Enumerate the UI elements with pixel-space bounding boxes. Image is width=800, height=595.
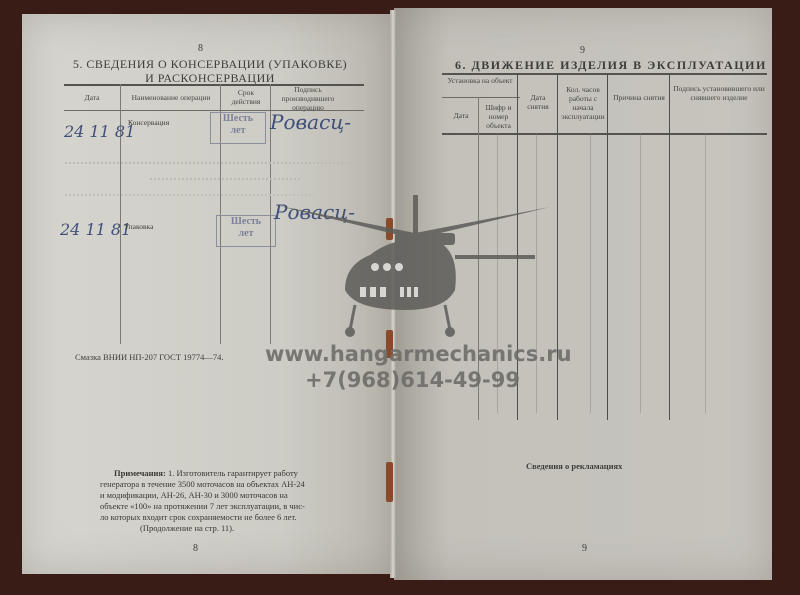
- left-page-number-top: 8: [198, 43, 203, 54]
- header-operation: Наименование операции: [122, 93, 220, 102]
- notes-block: Примечания: 1. Изготовитель гарантирует …: [100, 468, 350, 534]
- stamp-term: Шесть лет: [216, 215, 276, 247]
- bleed-through-text: [65, 162, 355, 169]
- helicopter-icon: [275, 195, 555, 340]
- table-top-border: [442, 73, 767, 75]
- right-page-number-bottom: 9: [582, 543, 587, 554]
- staple: [386, 462, 393, 502]
- left-page-title: 5. СВЕДЕНИЯ О КОНСЕРВАЦИИ (УПАКОВКЕ) И Р…: [70, 57, 350, 85]
- left-page-number-bottom: 8: [193, 543, 198, 554]
- watermark-phone: +7(968)614-49-99: [305, 368, 520, 392]
- row-date: 24 11 81: [64, 122, 135, 141]
- faint-guide-line: [705, 133, 706, 413]
- header-installation-group: Установка на объект: [444, 76, 516, 85]
- right-page-number-top: 9: [580, 45, 585, 56]
- signature: Ровасц-: [270, 110, 351, 134]
- column-divider: [557, 73, 558, 420]
- title-line-2: И РАСКОНСЕРВАЦИИ: [70, 71, 350, 85]
- lubricant-note: Смазка ВНИИ НП-207 ГОСТ 19774—74.: [75, 352, 224, 362]
- faint-guide-line: [640, 133, 641, 413]
- header-removal-reason: Причина снятия: [609, 93, 669, 102]
- header-date: Дата: [64, 93, 120, 102]
- header-signature: Подпись производившего операцию: [272, 85, 344, 112]
- notes-label: Примечания:: [114, 468, 166, 478]
- watermark-url: www.hangarmechanics.ru: [265, 342, 572, 366]
- column-divider: [607, 73, 608, 420]
- header-signature: Подпись установившего или снявшего издел…: [672, 84, 766, 102]
- title-line-1: 5. СВЕДЕНИЯ О КОНСЕРВАЦИИ (УПАКОВКЕ): [70, 57, 350, 71]
- header-removal-date: Дата снятия: [519, 93, 557, 111]
- right-page-title: 6. ДВИЖЕНИЕ ИЗДЕЛИЯ В ЭКСПЛУАТАЦИИ: [455, 58, 767, 73]
- complaints-heading: Сведения о рекламациях: [526, 461, 622, 471]
- row-operation: Консервация: [128, 118, 169, 127]
- header-term: Срок действия: [224, 88, 268, 106]
- bleed-through-text: [150, 178, 300, 185]
- stamp-term: Шесть лет: [210, 112, 266, 144]
- faint-guide-line: [590, 133, 591, 413]
- row-operation: Упаковка: [124, 222, 153, 231]
- group-header-border: [442, 97, 520, 98]
- column-divider: [669, 73, 670, 420]
- header-operating-hours: Кол. часов работы с начала эксплуатации: [559, 85, 607, 121]
- row-date: 24 11 81: [60, 220, 131, 239]
- header-install-date: Дата: [444, 111, 478, 120]
- header-object-code: Шифр и номер объекта: [480, 103, 517, 130]
- table-header-border: [442, 133, 767, 135]
